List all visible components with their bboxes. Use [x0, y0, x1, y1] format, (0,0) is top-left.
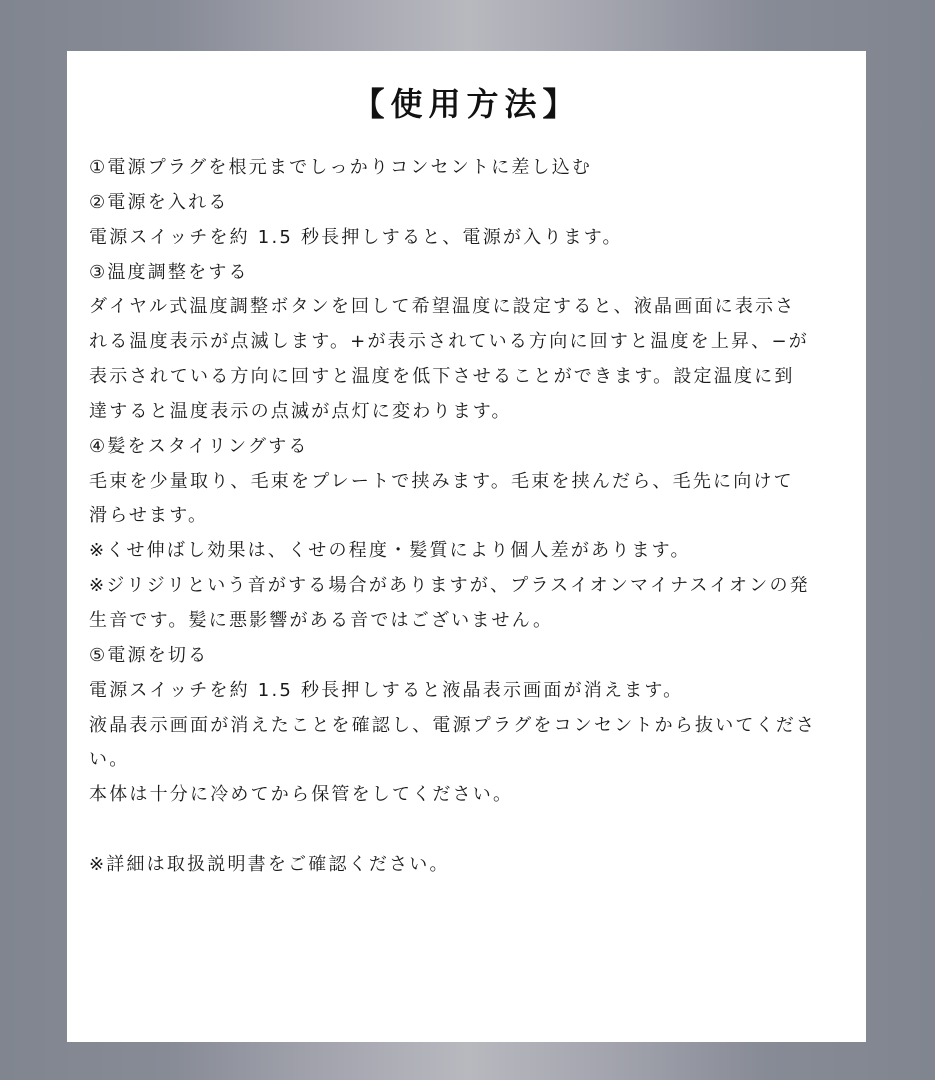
step-2-heading: ②電源を入れる: [89, 186, 859, 221]
note-sound-line-2: 生音です。髪に悪影響がある音ではございません。: [89, 604, 859, 639]
page-title: 【使用方法】: [67, 84, 866, 124]
step-5-text-line-2: 液晶表示画面が消えたことを確認し、電源プラグをコンセントから抜いてくださ: [89, 709, 859, 744]
step-5-text-line-4: 本体は十分に冷めてから保管をしてください。: [89, 778, 859, 813]
step-3-heading: ③温度調整をする: [89, 256, 859, 291]
note-straightening-effect: ※くせ伸ばし効果は、くせの程度・髪質により個人差があります。: [89, 534, 859, 569]
step-5-heading: ⑤電源を切る: [89, 639, 859, 674]
blank-spacer: [89, 813, 859, 848]
step-3-text-line-1: ダイヤル式温度調整ボタンを回して希望温度に設定すると、液晶画面に表示さ: [89, 290, 859, 325]
step-1-heading: ①電源プラグを根元までしっかりコンセントに差し込む: [89, 151, 859, 186]
step-5-text-line-1: 電源スイッチを約 1.5 秒長押しすると液晶表示画面が消えます。: [89, 674, 859, 709]
step-4-text-line-2: 滑らせます。: [89, 499, 859, 534]
step-2-text: 電源スイッチを約 1.5 秒長押しすると、電源が入ります。: [89, 221, 859, 256]
step-4-text-line-1: 毛束を少量取り、毛束をプレートで挟みます。毛束を挟んだら、毛先に向けて: [89, 465, 859, 500]
step-3-text-line-2: れる温度表示が点滅します。+が表示されている方向に回すと温度を上昇、−が: [89, 325, 859, 360]
step-3-text-line-3: 表示されている方向に回すと温度を低下させることができます。設定温度に到: [89, 360, 859, 395]
manual-reference-note: ※詳細は取扱説明書をご確認ください。: [89, 848, 859, 883]
instructions-body: ①電源プラグを根元までしっかりコンセントに差し込む ②電源を入れる 電源スイッチ…: [89, 151, 859, 883]
note-sound-line-1: ※ジリジリという音がする場合がありますが、プラスイオンマイナスイオンの発: [89, 569, 859, 604]
step-4-heading: ④髪をスタイリングする: [89, 430, 859, 465]
step-5-text-line-3: い。: [89, 743, 859, 778]
instruction-panel: 【使用方法】 ①電源プラグを根元までしっかりコンセントに差し込む ②電源を入れる…: [67, 51, 866, 1042]
step-3-text-line-4: 達すると温度表示の点滅が点灯に変わります。: [89, 395, 859, 430]
